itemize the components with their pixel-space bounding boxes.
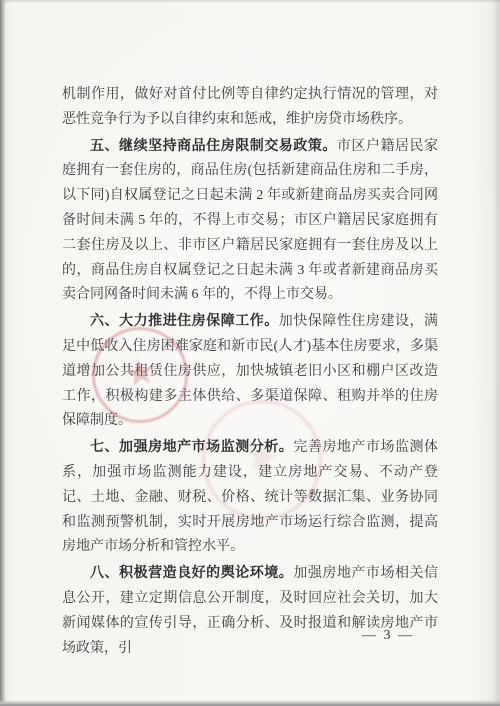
paragraph-heading: 八、积极营造良好的舆论环境。 (90, 564, 293, 580)
scanned-page: 机制作用，做好对首付比例等自律约定执行情况的管理，对恶性竞争行为予以自律约束和惩… (0, 0, 500, 706)
page-number: — 3 — (362, 628, 414, 644)
paragraph-heading: 七、加强房地产市场监测分析。 (90, 438, 293, 454)
paragraph-heading: 六、大力推进住房保障工作。 (90, 312, 279, 328)
paragraph-body: 机制作用，做好对首付比例等自律约定执行情况的管理，对恶性竞争行为予以自律约束和惩… (62, 87, 438, 127)
scan-edge-left (0, 0, 6, 706)
document-text-block: 机制作用，做好对首付比例等自律约定执行情况的管理，对恶性竞争行为予以自律约束和惩… (62, 83, 438, 661)
paragraph-body: 加快保障性住房建设，满足中低收入住房困难家庭和新市民(人才)基本住房要求，多渠道… (62, 314, 438, 428)
paragraph-continuation: 机制作用，做好对首付比例等自律约定执行情况的管理，对恶性竞争行为予以自律约束和惩… (62, 83, 438, 133)
scan-edge-top (0, 0, 500, 3)
paragraph-body: 市区户籍居民家庭拥有一套住房的，商品住房(包括新建商品住房和二手房，以下同)自权… (62, 139, 438, 303)
paragraph-item-6: 六、大力推进住房保障工作。加快保障性住房建设，满足中低收入住房困难家庭和新市民(… (62, 308, 438, 434)
paragraph-body: 完善房地产市场监测体系，加强市场监测能力建设，建立房地产交易、不动产登记、土地、… (62, 440, 438, 554)
paragraph-heading: 五、继续坚持商品住房限制交易政策。 (90, 137, 337, 153)
paragraph-item-5: 五、继续坚持商品住房限制交易政策。市区户籍居民家庭拥有一套住房的，商品住房(包括… (62, 133, 438, 309)
scan-edge-right (492, 0, 500, 706)
scan-edge-bottom (0, 700, 500, 706)
paragraph-item-8: 八、积极营造良好的舆论环境。加强房地产市场相关信息公开，建立定期信息公开制度，及… (62, 560, 438, 661)
paragraph-item-7: 七、加强房地产市场监测分析。完善房地产市场监测体系，加强市场监测能力建设，建立房… (62, 434, 438, 560)
